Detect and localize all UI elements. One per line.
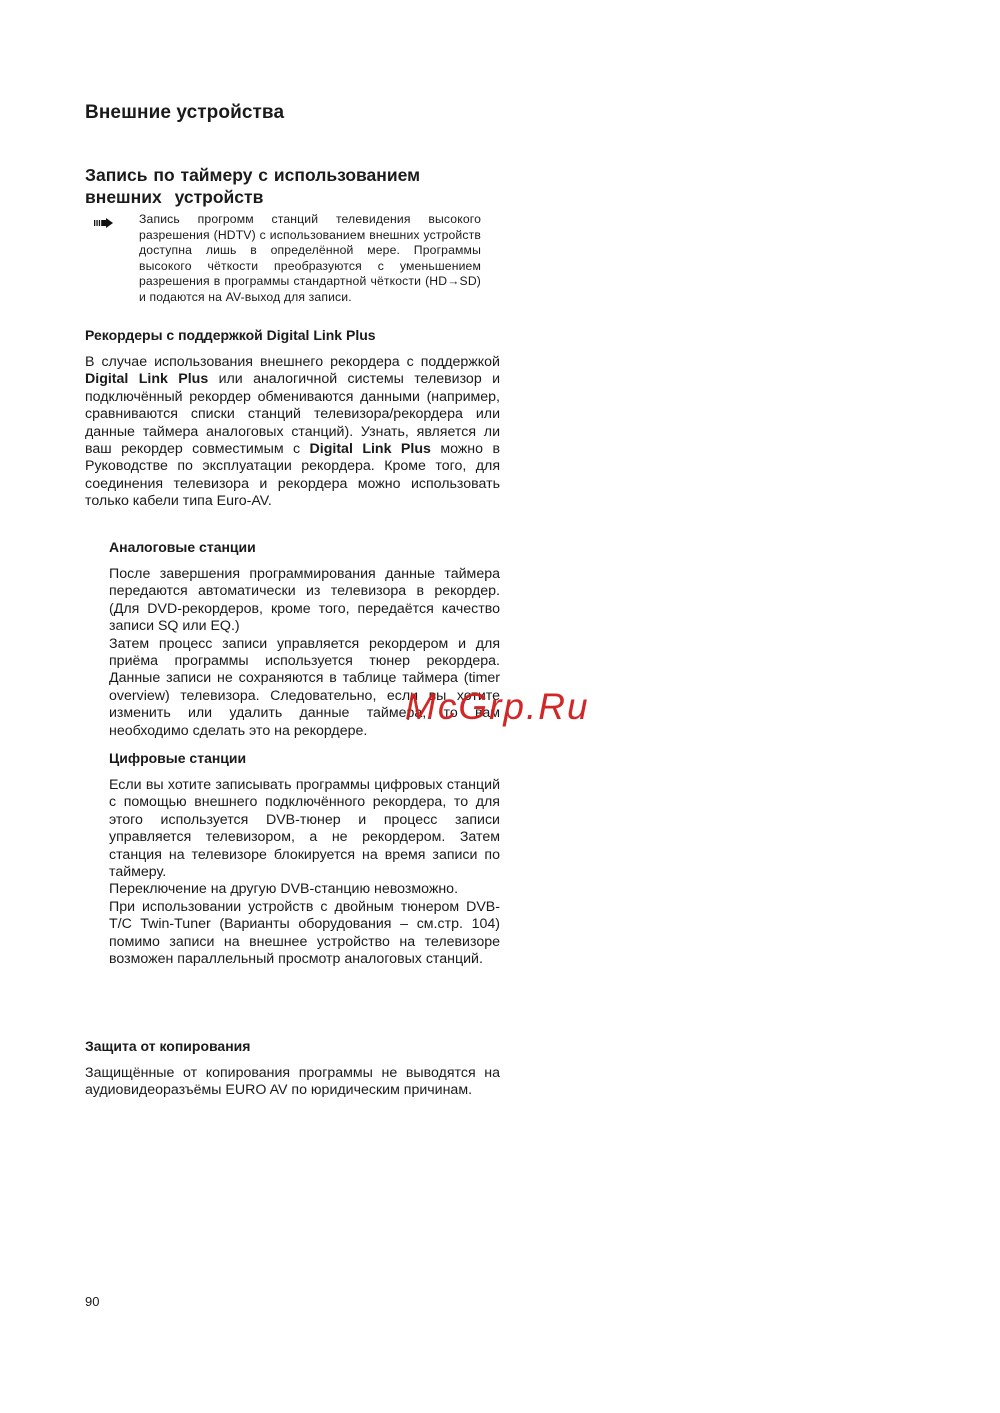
- digital-link-text-a: В случае использования внешнего рекордер…: [85, 354, 500, 370]
- hdtv-note: Запись прогромм станций телевидения высо…: [139, 212, 481, 306]
- copy-protection-paragraph: Защищённые от копирования программы не в…: [85, 1065, 500, 1100]
- digital-paragraph-1: Если вы хотите записывать программы цифр…: [109, 777, 500, 881]
- copy-protection-heading: Защита от копирования: [85, 1038, 250, 1054]
- digital-paragraph-2: Переключение на другую DVB-станцию невоз…: [109, 881, 500, 898]
- digital-paragraph-3: При использовании устройств с двойным тю…: [109, 899, 500, 969]
- analog-section: После завершения программирования данные…: [109, 566, 500, 740]
- analog-paragraph-1: После завершения программирования данные…: [109, 566, 500, 636]
- digital-link-heading: Рекордеры с поддержкой Digital Link Plus: [85, 327, 376, 343]
- digital-heading: Цифровые станции: [109, 750, 246, 766]
- copy-protection-section: Защищённые от копирования программы не в…: [85, 1065, 500, 1100]
- analog-heading: Аналоговые станции: [109, 539, 256, 555]
- arrow-right-icon: [94, 218, 114, 228]
- analog-paragraph-2: Затем процесс записи управляется рекорде…: [109, 636, 500, 740]
- section-title-line1: Запись по таймеру с использованием: [85, 164, 505, 186]
- page-number: 90: [85, 1294, 99, 1309]
- digital-section: Если вы хотите записывать программы цифр…: [109, 777, 500, 968]
- digital-link-bold-1: Digital Link Plus: [85, 371, 208, 387]
- page-heading: Внешние устройства: [85, 102, 284, 124]
- section-title-line2: внешних устройств: [85, 186, 505, 208]
- digital-link-paragraph: В случае использования внешнего рекордер…: [85, 354, 500, 511]
- digital-link-bold-2: Digital Link Plus: [310, 441, 431, 457]
- section-title: Запись по таймеру с использованием внешн…: [85, 164, 505, 208]
